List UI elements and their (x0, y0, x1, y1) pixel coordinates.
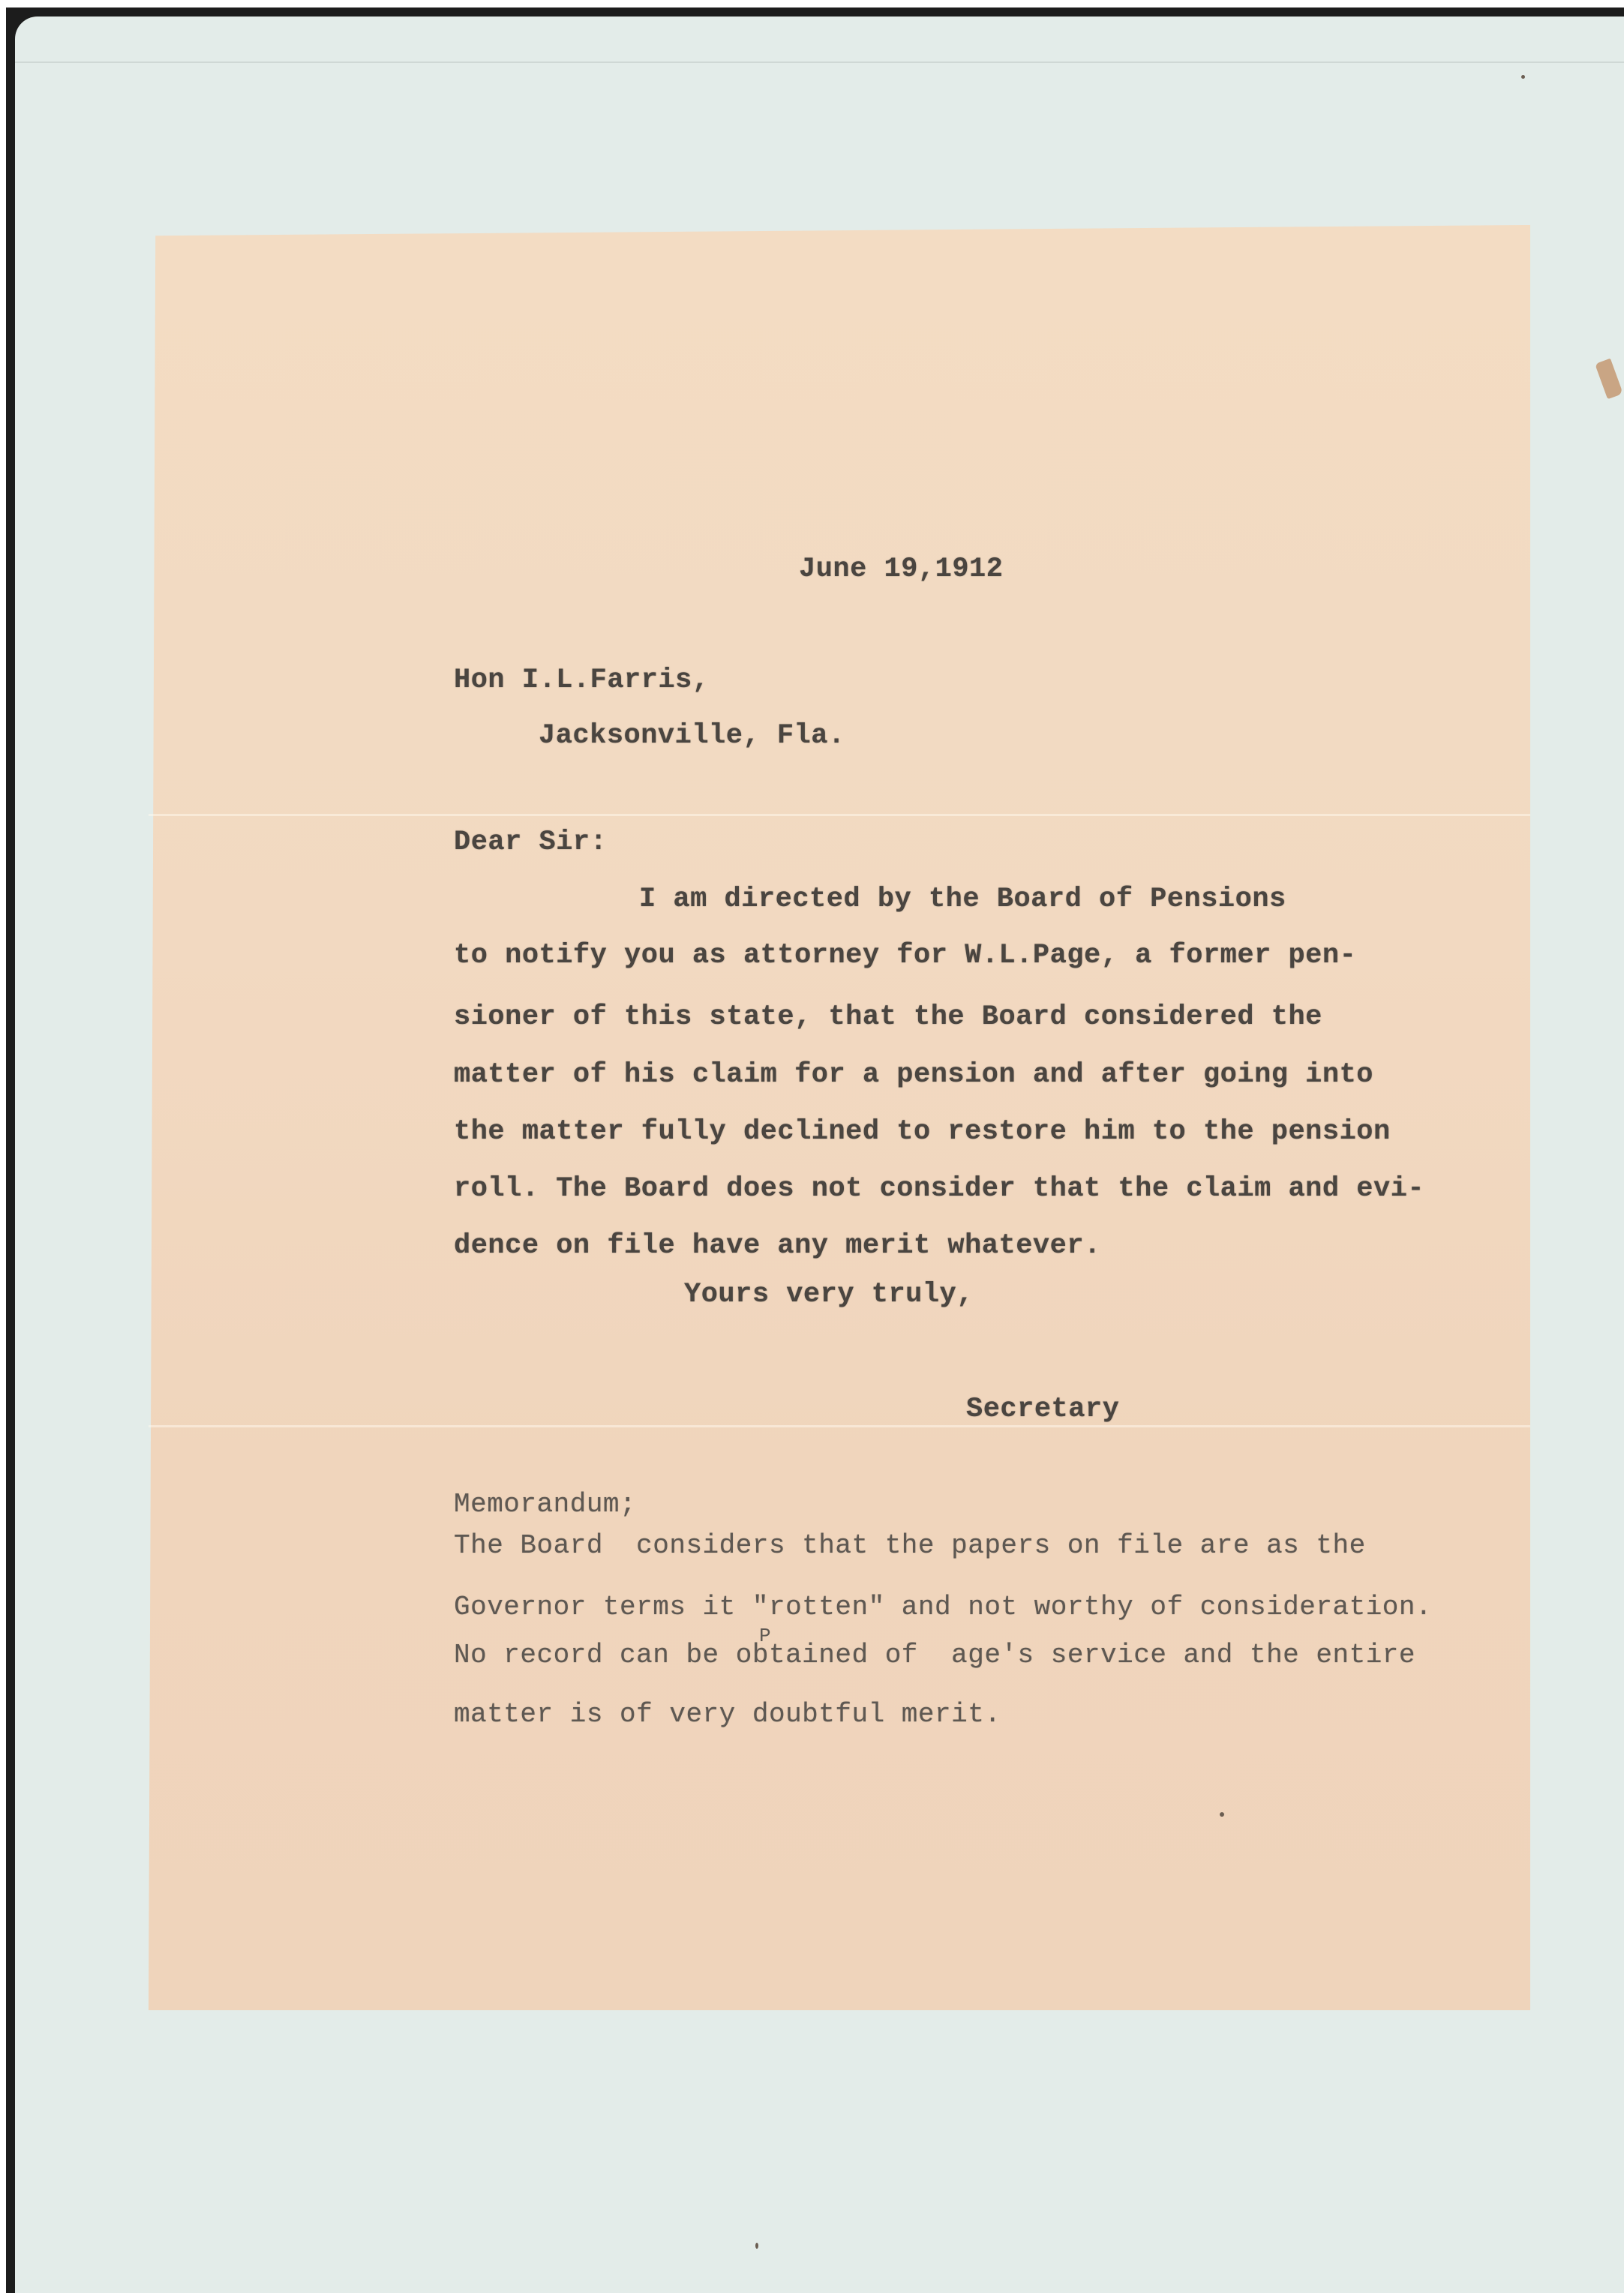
paper-speck (755, 2243, 758, 2249)
mat-edge-line (15, 62, 1624, 63)
paper-fold-crease (149, 1425, 1530, 1427)
signature-title: Secretary (966, 1394, 1119, 1425)
paper-speck (1521, 75, 1525, 79)
paper-speck (1220, 1812, 1224, 1817)
paper-fold-crease (149, 814, 1530, 816)
memo-line: The Board considers that the papers on f… (454, 1530, 1366, 1561)
memo-line: Governor terms it "rotten" and not worth… (454, 1592, 1432, 1622)
memo-line: No record can be obtained of age's servi… (454, 1640, 1415, 1670)
body-line: the matter fully declined to restore him… (454, 1116, 1391, 1148)
letter-closing: Yours very truly, (684, 1279, 974, 1310)
salutation: Dear Sir: (454, 827, 607, 858)
recipient-city: Jacksonville, Fla. (539, 720, 845, 752)
body-line: to notify you as attorney for W.L.Page, … (454, 940, 1356, 971)
letter-date: June 19,1912 (799, 554, 1003, 585)
body-line: dence on file have any merit whatever. (454, 1230, 1101, 1262)
inserted-correction-P: P (759, 1625, 771, 1647)
memorandum-heading: Memorandum; (454, 1489, 636, 1520)
body-line: roll. The Board does not consider that t… (454, 1173, 1424, 1205)
body-line: matter of his claim for a pension and af… (454, 1059, 1373, 1091)
memo-line: matter is of very doubtful merit. (454, 1699, 1001, 1730)
body-line: I am directed by the Board of Pensions (639, 884, 1286, 915)
recipient-name: Hon I.L.Farris, (454, 665, 710, 696)
body-line: sioner of this state, that the Board con… (454, 1001, 1322, 1033)
